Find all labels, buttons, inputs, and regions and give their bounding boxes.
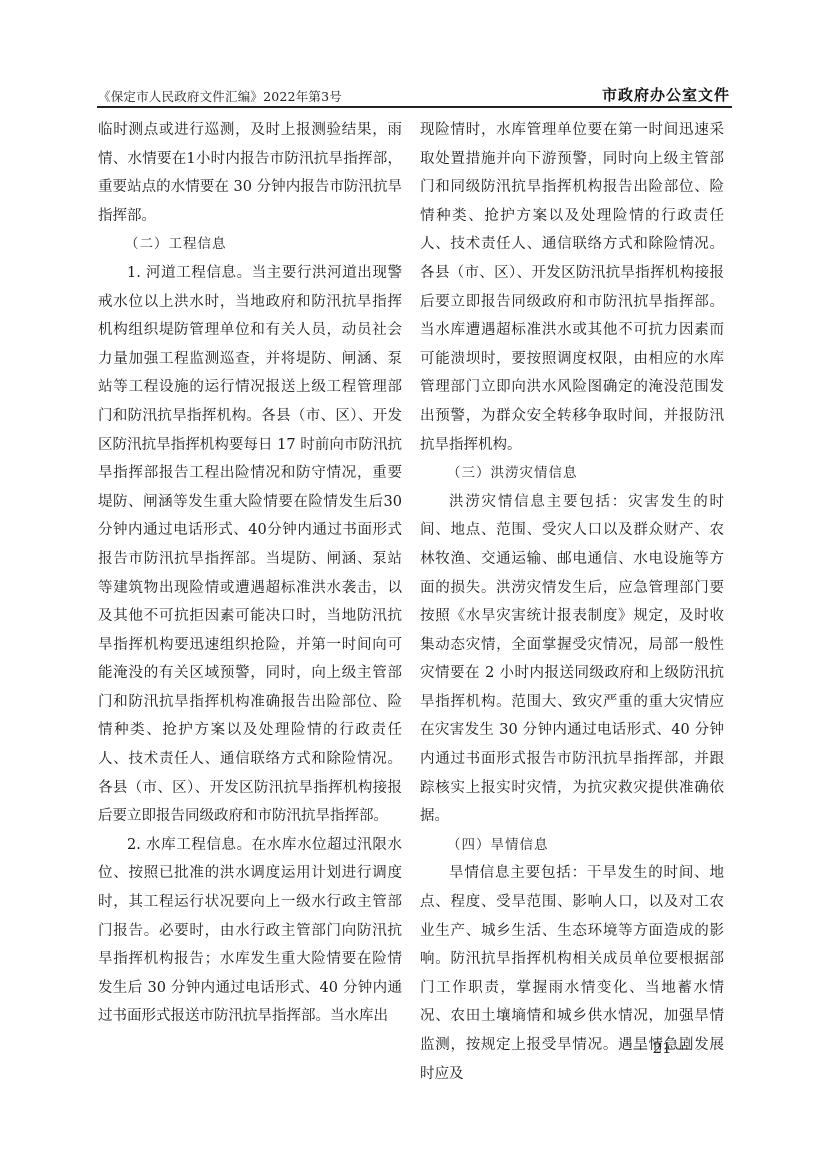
header-rule [97,106,732,108]
running-header: 《保定市人民政府文件汇编》2022年第3号 市政府办公室文件 [98,83,730,105]
section-heading-engineering-info: （二）工程信息 [98,230,402,259]
page-number: — 21 — [612,1039,712,1057]
left-column: 临时测点或进行巡测，及时上报测验结果，雨情、水情要在1小时内报告市防汛抗旱指挥部… [98,116,402,1031]
paragraph-flood-disaster: 洪涝灾情信息主要包括：灾害发生的时间、地点、范围、受灾人口以及群众财产、农林牧渔… [420,488,724,831]
section-heading-drought-info: （四）旱情信息 [420,831,724,860]
paragraph-continued: 现险情时，水库管理单位要在第一时间迅速采取处置措施并向下游预警，同时向上级主管部… [420,116,724,459]
right-column: 现险情时，水库管理单位要在第一时间迅速采取处置措施并向下游预警，同时向上级主管部… [420,116,724,1088]
publication-title: 《保定市人民政府文件汇编》2022年第3号 [98,87,342,105]
section-title: 市政府办公室文件 [602,84,730,105]
paragraph-reservoir-engineering: 2. 水库工程信息。在水库水位超过汛限水位、按照已批准的洪水调度运用计划进行调度… [98,831,402,1031]
section-heading-flood-disaster-info: （三）洪涝灾情信息 [420,459,724,488]
paragraph-river-engineering: 1. 河道工程信息。当主要行洪河道出现警戒水位以上洪水时，当地政府和防汛抗旱指挥… [98,259,402,831]
paragraph-continued: 临时测点或进行巡测，及时上报测验结果，雨情、水情要在1小时内报告市防汛抗旱指挥部… [98,116,402,230]
